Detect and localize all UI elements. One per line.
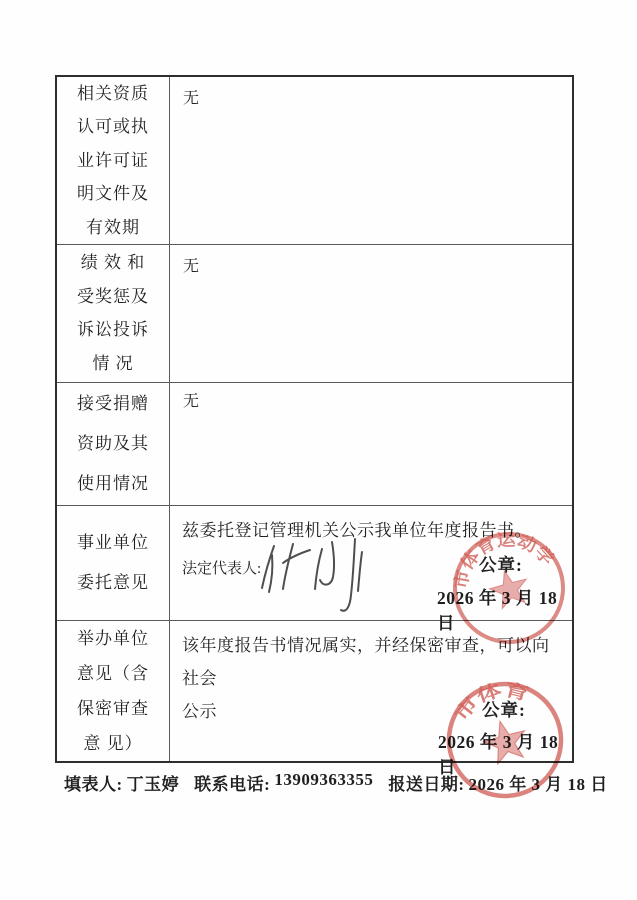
legal-representative-signature-icon (256, 532, 401, 614)
row-label-qualification-certificates: 相关资质 认可或执 业许可证 明文件及 有效期 (57, 77, 170, 244)
preparer-name: 丁玉婷 (127, 770, 180, 795)
scanned-report-page: 相关资质 认可或执 业许可证 明文件及 有效期 无 绩 效 和 受奖惩及 诉讼投… (0, 0, 637, 900)
row-label-text: 接受捐赠 资助及其 使用情况 (77, 384, 149, 504)
phone-number: 13909363355 (274, 770, 373, 795)
annual-report-table: 相关资质 认可或执 业许可证 明文件及 有效期 无 绩 效 和 受奖惩及 诉讼投… (55, 75, 574, 763)
table-row: 绩 效 和 受奖惩及 诉讼投诉 情 况 无 (57, 245, 572, 383)
preparer-label: 填表人: (64, 770, 123, 795)
row-value-cell: 无 (170, 77, 572, 244)
row-value-cell: 无 (170, 383, 572, 505)
row-label-performance-awards: 绩 效 和 受奖惩及 诉讼投诉 情 况 (57, 245, 170, 382)
row-label-text: 事业单位 委托意见 (77, 523, 149, 603)
row-label-donations: 接受捐赠 资助及其 使用情况 (57, 383, 170, 505)
row-label-institution-commission-opinion: 事业单位 委托意见 (57, 506, 170, 620)
row-label-text: 绩 效 和 受奖惩及 诉讼投诉 情 况 (77, 246, 149, 380)
table-row: 接受捐赠 资助及其 使用情况 无 (57, 383, 572, 506)
official-seal-icon: 市体育 (437, 672, 573, 808)
seal-arc-text: 市体育 (446, 672, 537, 728)
row-value-cell: 无 (170, 245, 572, 382)
phone-label: 联系电话: (194, 770, 270, 795)
row-label-organizer-opinion: 举办单位 意见（含 保密审查 意 见） (57, 621, 170, 761)
official-seal-icon: 市体育运动学 (443, 522, 575, 654)
svg-text:市体育运动学: 市体育运动学 (443, 522, 561, 595)
svg-text:市体育: 市体育 (446, 672, 537, 728)
legal-representative-label: 法定代表人: (182, 557, 261, 578)
row-value-text: 无 (183, 85, 199, 108)
row-label-text: 相关资质 认可或执 业许可证 明文件及 有效期 (77, 77, 149, 245)
row-value-text: 无 (183, 388, 199, 411)
table-row: 相关资质 认可或执 业许可证 明文件及 有效期 无 (57, 77, 572, 245)
seal-arc-text: 市体育运动学 (443, 522, 561, 595)
row-value-text: 无 (183, 253, 199, 276)
row-label-text: 举办单位 意见（含 保密审查 意 见） (77, 621, 149, 761)
